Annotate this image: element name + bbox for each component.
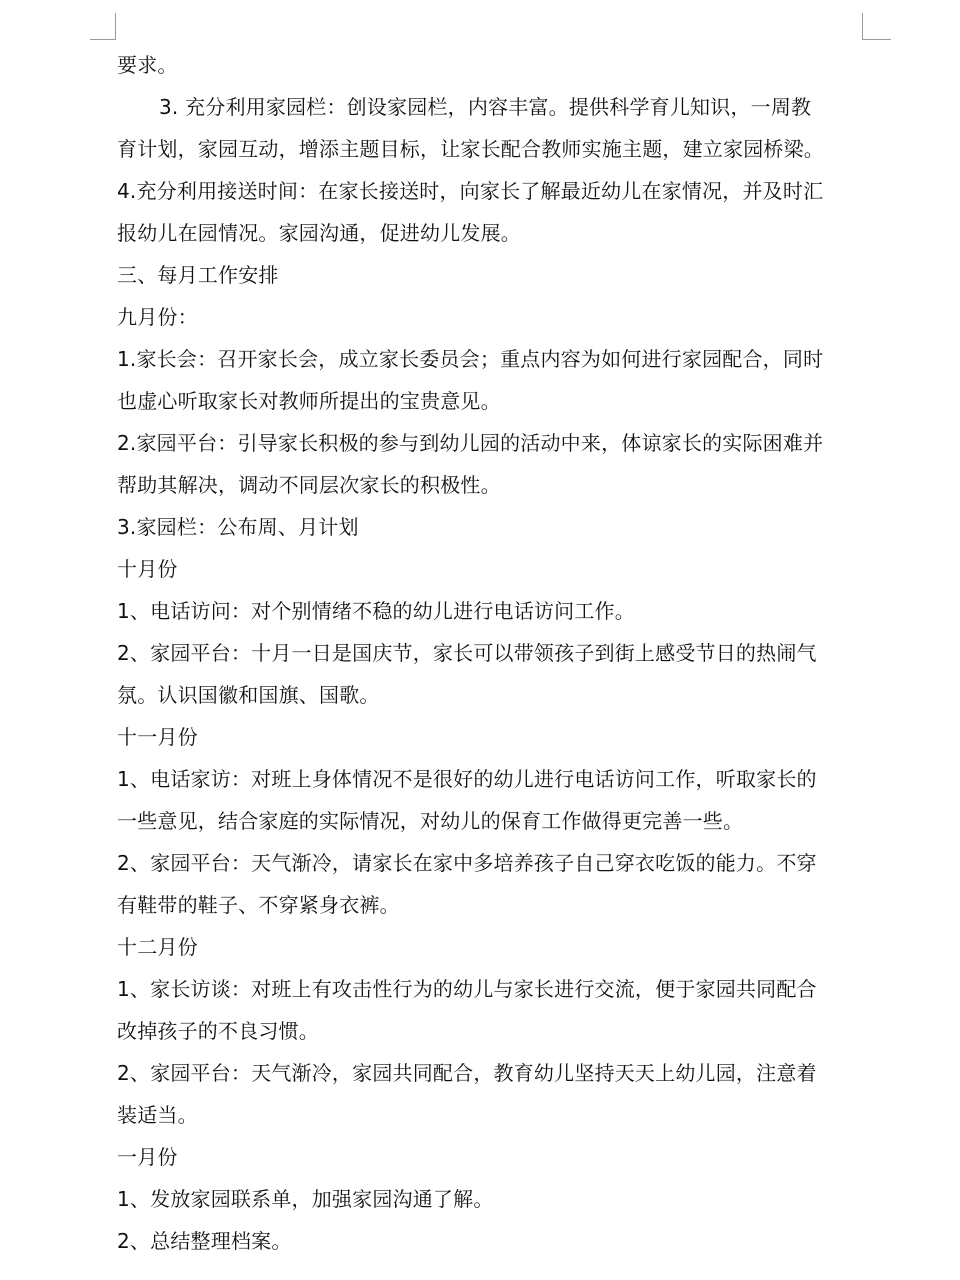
text-line: 3.家园栏：公布周、月计划: [117, 506, 869, 548]
text-line: 有鞋带的鞋子、不穿紧身衣裤。: [117, 884, 869, 926]
section-heading: 三、每月工作安排: [117, 254, 869, 296]
text-line: 4.充分利用接送时间：在家长接送时，向家长了解最近幼儿在家情况，并及时汇: [117, 170, 869, 212]
month-heading: 十二月份: [117, 926, 869, 968]
text-line: 装适当。: [117, 1094, 869, 1136]
text-line: 要求。: [117, 44, 869, 86]
month-heading: 一月份: [117, 1136, 869, 1178]
text-line: 1、家长访谈：对班上有攻击性行为的幼儿与家长进行交流，便于家园共同配合: [117, 968, 869, 1010]
text-line: 一些意见，结合家庭的实际情况，对幼儿的保育工作做得更完善一些。: [117, 800, 869, 842]
text-line: 1.家长会：召开家长会，成立家长委员会；重点内容为如何进行家园配合，同时: [117, 338, 869, 380]
text-line: 2、家园平台：十月一日是国庆节，家长可以带领孩子到街上感受节日的热闹气: [117, 632, 869, 674]
text-line: 1、电话访问：对个别情绪不稳的幼儿进行电话访问工作。: [117, 590, 869, 632]
page-corner-mark-right: [862, 13, 891, 40]
text-line: 2、家园平台：天气渐冷，家园共同配合，教育幼儿坚持天天上幼儿园，注意着: [117, 1052, 869, 1094]
text-line: 帮助其解决，调动不同层次家长的积极性。: [117, 464, 869, 506]
month-heading: 九月份：: [117, 296, 869, 338]
page-corner-mark-left: [90, 13, 116, 40]
text-line: 2、家园平台：天气渐冷，请家长在家中多培养孩子自己穿衣吃饭的能力。不穿: [117, 842, 869, 884]
text-line: 1、电话家访：对班上身体情况不是很好的幼儿进行电话访问工作，听取家长的: [117, 758, 869, 800]
text-line: 育计划，家园互动，增添主题目标，让家长配合教师实施主题，建立家园桥梁。: [117, 128, 869, 170]
text-line: 改掉孩子的不良习惯。: [117, 1010, 869, 1052]
month-heading: 十月份: [117, 548, 869, 590]
text-line: 氛。认识国徽和国旗、国歌。: [117, 674, 869, 716]
text-line: 报幼儿在园情况。家园沟通，促进幼儿发展。: [117, 212, 869, 254]
text-line: 2、总结整理档案。: [117, 1220, 869, 1262]
text-line: 2.家园平台：引导家长积极的参与到幼儿园的活动中来，体谅家长的实际困难并: [117, 422, 869, 464]
month-heading: 十一月份: [117, 716, 869, 758]
text-line: 也虚心听取家长对教师所提出的宝贵意见。: [117, 380, 869, 422]
text-line: 3. 充分利用家园栏：创设家园栏，内容丰富。提供科学育儿知识，一周教: [117, 86, 869, 128]
text-line: 1、发放家园联系单，加强家园沟通了解。: [117, 1178, 869, 1220]
document-page: 要求。 3. 充分利用家园栏：创设家园栏，内容丰富。提供科学育儿知识，一周教 育…: [117, 44, 869, 1262]
